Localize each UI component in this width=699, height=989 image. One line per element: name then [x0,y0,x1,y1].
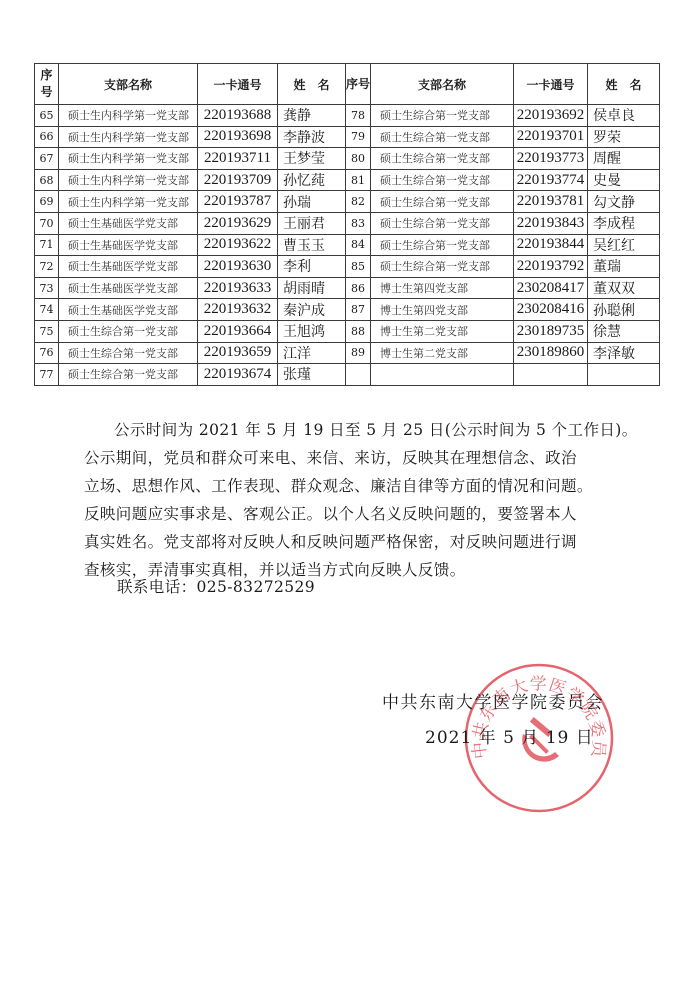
cell-card-left: 220193674 [198,364,278,386]
cell-name-left: 王梦莹 [278,148,346,170]
cell-branch-right: 硕士生综合第一党支部 [371,105,514,127]
signature-organization: 中共东南大学医学院委员会 [382,688,604,713]
cell-name-left: 李静波 [278,126,346,148]
cell-branch-right: 硕士生综合第一党支部 [371,234,514,256]
cell-card-right: 230208416 [514,299,588,321]
cell-seq-left: 72 [35,256,59,278]
cell-seq-right: 85 [346,256,371,278]
cell-branch-left: 硕士生综合第一党支部 [59,364,198,386]
cell-seq-right: 86 [346,277,371,299]
table-row: 67硕士生内科学第一党支部220193711王梦莹80硕士生综合第一党支部220… [35,148,660,170]
cell-seq-left: 70 [35,212,59,234]
cell-branch-left: 硕士生内科学第一党支部 [59,169,198,191]
cell-branch-right: 硕士生综合第一党支部 [371,148,514,170]
cell-branch-left: 硕士生内科学第一党支部 [59,126,198,148]
cell-card-left: 220193659 [198,342,278,364]
notice-line: 真实姓名。党支部将对反映人和反映问题严格保密，对反映问题进行调 [84,528,644,556]
table-row: 73硕士生基础医学党支部220193633胡雨晴86博士生第四党支部230208… [35,277,660,299]
cell-branch-right: 博士生第二党支部 [371,320,514,342]
cell-name-left: 孙瑞 [278,191,346,213]
cell-branch-right: 硕士生综合第一党支部 [371,256,514,278]
cell-branch-right: 硕士生综合第一党支部 [371,191,514,213]
cell-name-left: 胡雨晴 [278,277,346,299]
cell-seq-right: 80 [346,148,371,170]
cell-name-right: 周醒 [588,148,660,170]
cell-card-left: 220193711 [198,148,278,170]
cell-card-left: 220193633 [198,277,278,299]
cell-card-right: 220193692 [514,105,588,127]
cell-seq-right: 82 [346,191,371,213]
cell-card-right: 220193843 [514,212,588,234]
table-body: 65硕士生内科学第一党支部220193688龚静78硕士生综合第一党支部2201… [35,105,660,386]
cell-seq-left: 68 [35,169,59,191]
header-branch-left: 支部名称 [59,64,198,105]
cell-branch-right [371,364,514,386]
table-row: 75硕士生综合第一党支部220193664王旭鸿88博士生第二党支部230189… [35,320,660,342]
cell-name-right [588,364,660,386]
cell-card-left: 220193630 [198,256,278,278]
table-row: 68硕士生内科学第一党支部220193709孙忆莼81硕士生综合第一党支部220… [35,169,660,191]
table-row: 69硕士生内科学第一党支部220193787孙瑞82硕士生综合第一党支部2201… [35,191,660,213]
cell-seq-left: 75 [35,320,59,342]
cell-branch-right: 硕士生综合第一党支部 [371,212,514,234]
cell-card-right: 220193781 [514,191,588,213]
cell-card-right: 220193701 [514,126,588,148]
cell-card-left: 220193622 [198,234,278,256]
cell-name-left: 秦沪成 [278,299,346,321]
cell-branch-left: 硕士生基础医学党支部 [59,212,198,234]
cell-seq-right: 78 [346,105,371,127]
cell-name-left: 江洋 [278,342,346,364]
table-row: 76硕士生综合第一党支部220193659江洋89博士生第二党支部2301898… [35,342,660,364]
header-branch-right: 支部名称 [371,64,514,105]
cell-branch-left: 硕士生基础医学党支部 [59,299,198,321]
cell-branch-left: 硕士生内科学第一党支部 [59,191,198,213]
table-header-row: 序号 支部名称 一卡通号 姓 名 序号 支部名称 一卡通号 姓 名 [35,64,660,105]
member-list-table: 序号 支部名称 一卡通号 姓 名 序号 支部名称 一卡通号 姓 名 65硕士生内… [34,63,660,386]
contact-phone: 联系电话：025-83272529 [117,575,315,597]
cell-name-left: 王丽君 [278,212,346,234]
cell-name-left: 孙忆莼 [278,169,346,191]
cell-name-left: 李利 [278,256,346,278]
cell-seq-left: 76 [35,342,59,364]
header-name-right: 姓 名 [588,64,660,105]
cell-card-left: 220193698 [198,126,278,148]
cell-seq-left: 74 [35,299,59,321]
notice-paragraph: 公示时间为 2021 年 5 月 19 日至 5 月 25 日(公示时间为 5 … [84,416,644,584]
cell-seq-left: 65 [35,105,59,127]
cell-card-right: 220193773 [514,148,588,170]
cell-branch-right: 硕士生综合第一党支部 [371,126,514,148]
table-row: 66硕士生内科学第一党支部220193698李静波79硕士生综合第一党支部220… [35,126,660,148]
cell-card-right: 230208417 [514,277,588,299]
table-row: 65硕士生内科学第一党支部220193688龚静78硕士生综合第一党支部2201… [35,105,660,127]
cell-seq-left: 73 [35,277,59,299]
cell-name-right: 侯卓良 [588,105,660,127]
cell-seq-right: 87 [346,299,371,321]
table-row: 72硕士生基础医学党支部220193630李利85硕士生综合第一党支部22019… [35,256,660,278]
cell-name-right: 吴红红 [588,234,660,256]
cell-branch-left: 硕士生综合第一党支部 [59,342,198,364]
cell-card-right: 220193774 [514,169,588,191]
cell-card-right: 230189860 [514,342,588,364]
cell-card-right [514,364,588,386]
cell-branch-right: 博士生第二党支部 [371,342,514,364]
cell-branch-left: 硕士生基础医学党支部 [59,234,198,256]
cell-name-right: 李泽敏 [588,342,660,364]
cell-name-right: 董瑞 [588,256,660,278]
table-row: 71硕士生基础医学党支部220193622曹玉玉84硕士生综合第一党支部2201… [35,234,660,256]
cell-card-right: 220193844 [514,234,588,256]
cell-seq-left: 67 [35,148,59,170]
header-seq-right: 序号 [346,64,371,105]
signature-date: 2021 年 5 月 19 日 [425,723,594,748]
cell-card-left: 220193709 [198,169,278,191]
table-row: 77硕士生综合第一党支部220193674张瑾 [35,364,660,386]
header-card-right: 一卡通号 [514,64,588,105]
header-name-left: 姓 名 [278,64,346,105]
cell-name-left: 张瑾 [278,364,346,386]
cell-seq-left: 66 [35,126,59,148]
cell-name-left: 龚静 [278,105,346,127]
cell-branch-left: 硕士生基础医学党支部 [59,277,198,299]
cell-name-right: 李成程 [588,212,660,234]
cell-name-right: 勾文静 [588,191,660,213]
cell-seq-right: 89 [346,342,371,364]
cell-seq-left: 69 [35,191,59,213]
cell-name-left: 曹玉玉 [278,234,346,256]
cell-seq-right [346,364,371,386]
header-card-left: 一卡通号 [198,64,278,105]
cell-branch-left: 硕士生基础医学党支部 [59,256,198,278]
cell-card-left: 220193688 [198,105,278,127]
cell-branch-right: 博士生第四党支部 [371,299,514,321]
cell-name-left: 王旭鸿 [278,320,346,342]
cell-seq-left: 71 [35,234,59,256]
notice-line: 公示时间为 2021 年 5 月 19 日至 5 月 25 日(公示时间为 5 … [84,416,644,444]
table-row: 74硕士生基础医学党支部220193632秦沪成87博士生第四党支部230208… [35,299,660,321]
header-seq-left: 序号 [35,64,59,105]
cell-card-right: 220193792 [514,256,588,278]
notice-line: 反映问题应实事求是、客观公正。以个人名义反映问题的，要签署本人 [84,500,644,528]
cell-branch-right: 博士生第四党支部 [371,277,514,299]
notice-line: 公示期间，党员和群众可来电、来信、来访，反映其在理想信念、政治 [84,444,644,472]
cell-card-left: 220193632 [198,299,278,321]
notice-line: 立场、思想作风、工作表现、群众观念、廉洁自律等方面的情况和问题。 [84,472,644,500]
cell-card-left: 220193664 [198,320,278,342]
table-row: 70硕士生基础医学党支部220193629王丽君83硕士生综合第一党支部2201… [35,212,660,234]
cell-branch-left: 硕士生内科学第一党支部 [59,105,198,127]
cell-name-right: 孙聪俐 [588,299,660,321]
cell-name-right: 史曼 [588,169,660,191]
cell-name-right: 罗荣 [588,126,660,148]
cell-seq-right: 79 [346,126,371,148]
cell-seq-right: 83 [346,212,371,234]
cell-branch-left: 硕士生内科学第一党支部 [59,148,198,170]
cell-branch-left: 硕士生综合第一党支部 [59,320,198,342]
cell-seq-right: 88 [346,320,371,342]
cell-seq-left: 77 [35,364,59,386]
cell-card-right: 230189735 [514,320,588,342]
cell-card-left: 220193787 [198,191,278,213]
cell-name-right: 董双双 [588,277,660,299]
cell-card-left: 220193629 [198,212,278,234]
cell-branch-right: 硕士生综合第一党支部 [371,169,514,191]
cell-name-right: 徐慧 [588,320,660,342]
cell-seq-right: 84 [346,234,371,256]
cell-seq-right: 81 [346,169,371,191]
